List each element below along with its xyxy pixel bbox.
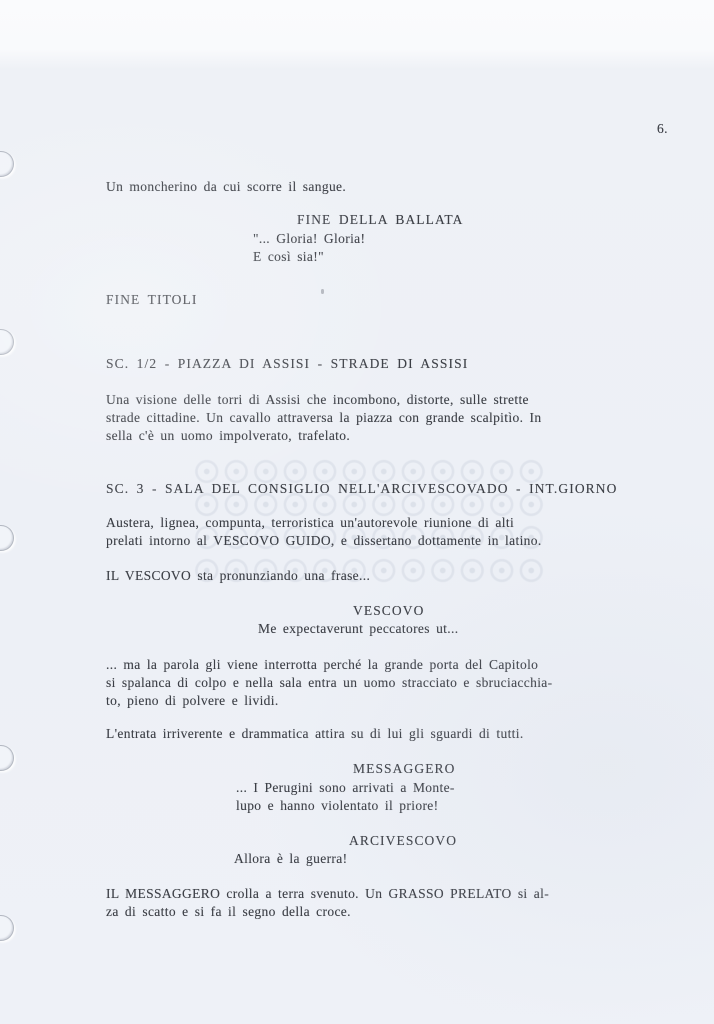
action-line-5: IL MESSAGGERO crolla a terra svenuto. Un…	[106, 885, 686, 921]
character-cue-messaggero: MESSAGGERO	[353, 760, 456, 778]
action-line-4: L'entrata irriverente e drammatica attir…	[106, 725, 524, 743]
hole-punch	[0, 745, 14, 771]
dialogue-vescovo: Me expectaverunt peccatores ut...	[258, 620, 458, 638]
ballad-end-heading: FINE DELLA BALLATA	[297, 211, 463, 229]
ballad-quote: "... Gloria! Gloria! E così sia!"	[253, 230, 365, 266]
fine-titoli-heading: FINE TITOLI	[106, 291, 197, 309]
ink-speck	[321, 289, 324, 294]
hole-punch	[0, 329, 14, 355]
dialogue-arcivescovo: Allora è la guerra!	[234, 850, 347, 868]
character-cue-arcivescovo: ARCIVESCOVO	[349, 832, 457, 850]
page-number: 6.	[657, 120, 668, 138]
scene-heading-3: SC. 3 - SALA DEL CONSIGLIO NELL'ARCIVESC…	[106, 480, 617, 498]
scene-heading-1: SC. 1/2 - PIAZZA DI ASSISI - STRADE DI A…	[106, 355, 468, 373]
action-line-2: IL VESCOVO sta pronunziando una frase...	[106, 567, 370, 585]
hole-punch	[0, 525, 14, 551]
scene-action-1: Una visione delle torri di Assisi che in…	[106, 391, 686, 445]
hole-punch	[0, 915, 14, 941]
scene-action-3: Austera, lignea, compunta, terroristica …	[106, 514, 686, 550]
character-cue-vescovo: VESCOVO	[353, 602, 424, 620]
script-page: 6. Un moncherino da cui scorre il sangue…	[0, 0, 714, 1024]
dialogue-messaggero: ... I Perugini sono arrivati a Monte- lu…	[236, 779, 455, 815]
action-line-1: Un moncherino da cui scorre il sangue.	[106, 178, 346, 196]
hole-punch	[0, 151, 14, 177]
action-line-3: ... ma la parola gli viene interrotta pe…	[106, 656, 686, 710]
